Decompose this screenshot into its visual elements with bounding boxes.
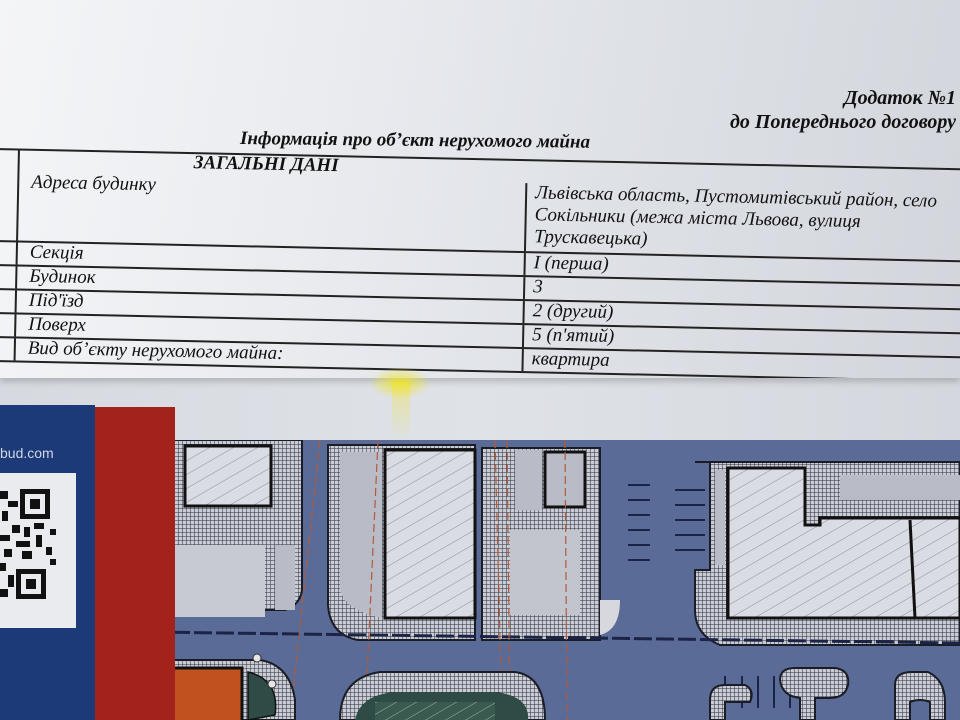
site-plan [150,440,960,720]
qr-code-icon [0,473,76,628]
row-label: Адреса будинку [31,172,156,197]
row-label: Секція [30,242,84,265]
annex-header: Додаток №1 до Попереднього договору [730,86,956,134]
row-value: 5 (п'ятий) [532,324,614,348]
column-divider [16,242,18,264]
row-value: I (перша) [533,252,608,276]
annex-document-sheet: Додаток №1 до Попереднього договору Інфо… [0,0,960,378]
column-divider [15,290,17,312]
brochure-card: bud.com [0,405,175,720]
column-divider [522,325,524,347]
row-value: Львівська область, Пустомитівський район… [534,182,955,257]
column-divider [523,277,525,299]
annex-subtitle: до Попереднього договору [730,110,956,134]
column-divider [16,172,19,240]
column-divider [15,266,17,288]
brochure-red-stripe [95,407,175,720]
row-label: Поверх [28,314,86,337]
property-info-table: ЗАГАЛЬНІ ДАНІ Адреса будинку Львівська о… [0,148,960,378]
document-title: Інформація про об’єкт нерухомого майна [240,128,590,154]
section-header: ЗАГАЛЬНІ ДАНІ [193,152,338,177]
row-label: Під'їзд [29,290,84,313]
column-divider [524,183,527,251]
column-divider [14,338,16,360]
annex-number: Додаток №1 [730,86,956,110]
column-divider [14,314,16,336]
row-label: Будинок [29,266,96,289]
row-label: Вид об’єкту нерухомого майна: [28,338,284,365]
column-divider [17,150,19,172]
column-divider [521,349,523,371]
row-value: 2 (другий) [532,300,613,324]
column-divider [523,253,525,275]
row-value: 3 [533,276,543,298]
row-value: квартира [531,348,609,372]
brochure-website: bud.com [0,445,54,461]
column-divider [522,301,524,323]
highlighter-mark [370,368,430,398]
